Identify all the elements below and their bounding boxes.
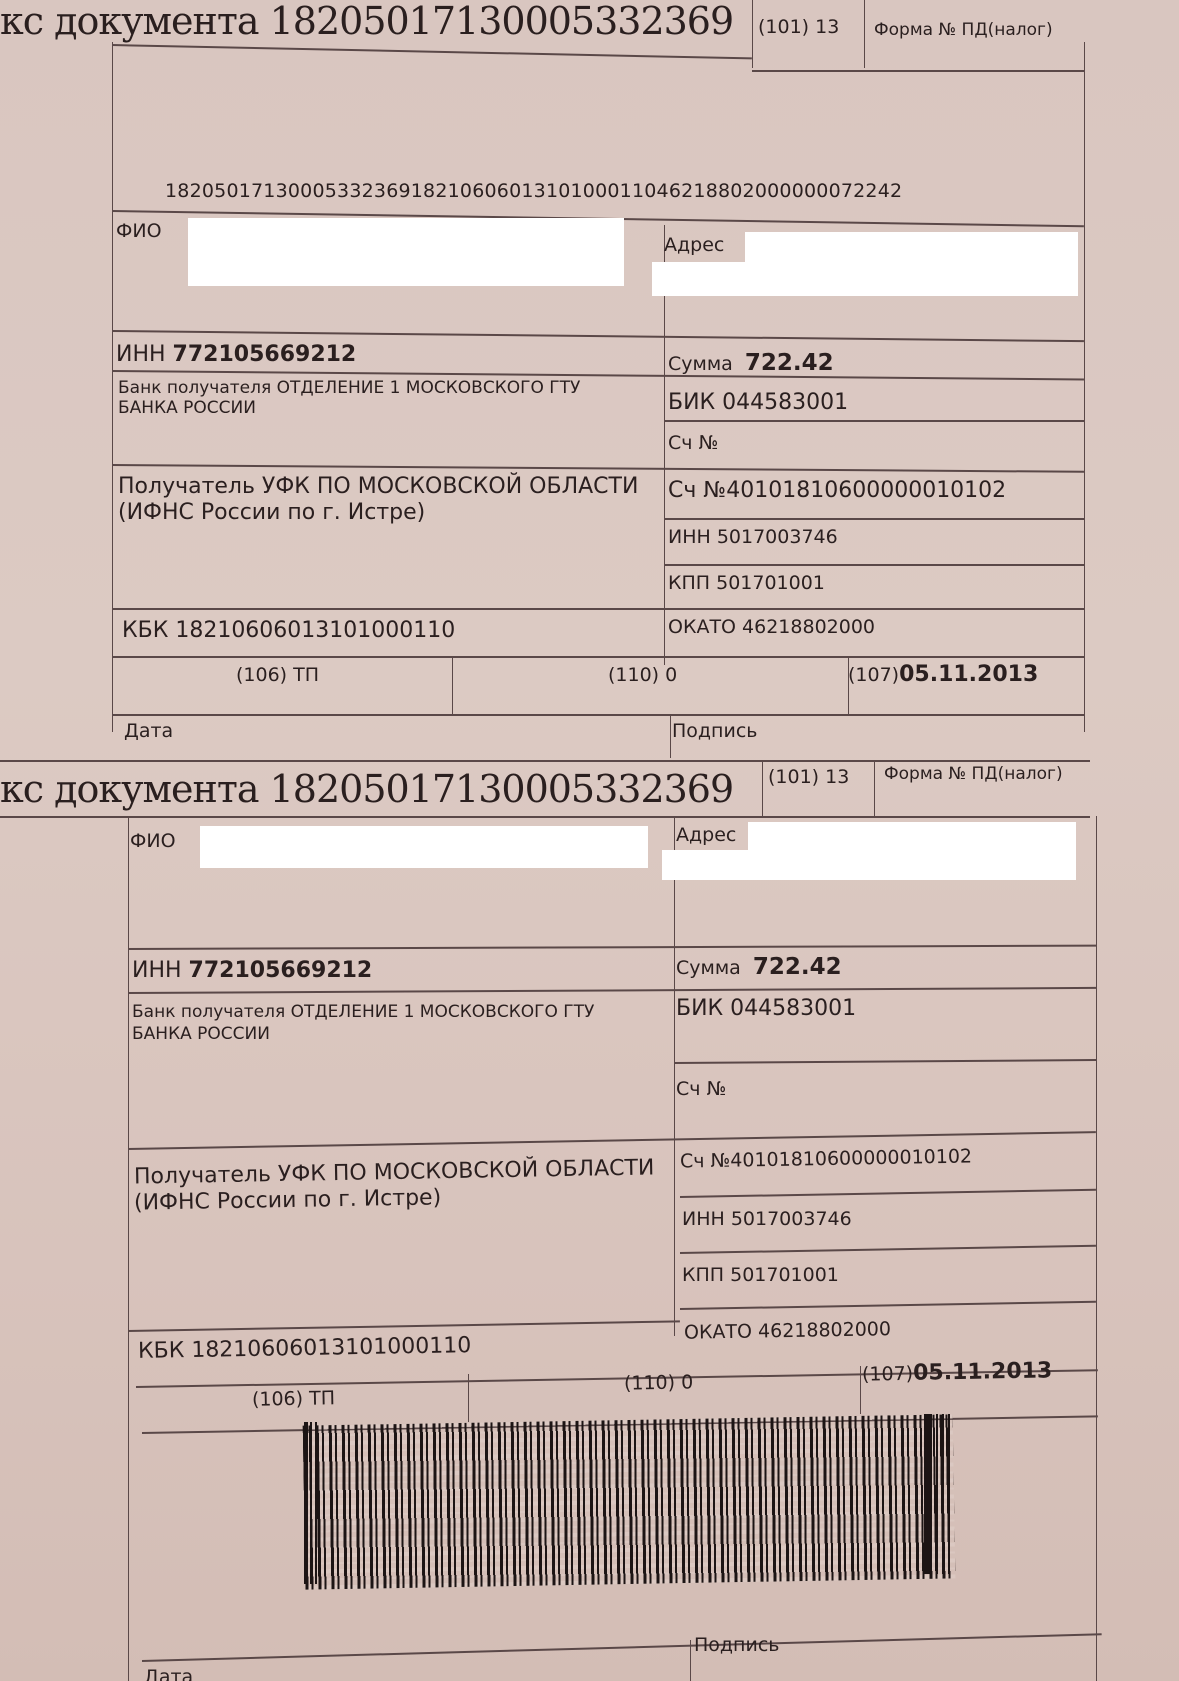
kbk: КБК 18210606013101000110	[122, 620, 455, 642]
address-label: Адрес	[664, 236, 724, 255]
recipient-inn: ИНН 5017003746	[682, 1210, 852, 1229]
field-110: (110) 0	[624, 1373, 694, 1393]
pdf417-barcode	[303, 1414, 956, 1589]
recipient-line2: (ИФНС России по г. Истре)	[134, 1187, 442, 1214]
field-101: (101) 13	[768, 768, 849, 787]
date-label: Дата	[144, 1668, 193, 1681]
recipient-account: Сч №40101810600000010102	[680, 1147, 972, 1171]
inn-value: 772105669212	[189, 958, 373, 983]
sum-label: Сумма	[668, 353, 733, 375]
recipient: Получатель УФК ПО МОСКОВСКОЙ ОБЛАСТИ	[118, 476, 638, 498]
field-106: (106) ТП	[236, 666, 319, 685]
bik: БИК 044583001	[676, 998, 856, 1020]
sum-value: 722.42	[745, 350, 834, 376]
field-107: (107)05.11.2013	[862, 1360, 1053, 1385]
linear-barcode	[155, 58, 1040, 188]
recipient-line2: (ИФНС России по г. Истре)	[118, 502, 425, 524]
payer-inn: ИНН 772105669212	[132, 960, 372, 982]
field-106: (106) ТП	[252, 1389, 335, 1409]
kpp: КПП 501701001	[668, 574, 825, 593]
pdf417-stop-pattern	[924, 1414, 952, 1574]
sum-value: 722.42	[753, 954, 842, 980]
okato: ОКАТО 46218802000	[668, 618, 875, 637]
form-label: Форма № ПД(налог)	[884, 766, 1063, 783]
document-index: кс документа 18205017130005332369	[0, 770, 733, 808]
form-label: Форма № ПД(налог)	[874, 22, 1053, 39]
pdf417-start-pattern	[304, 1422, 320, 1584]
field-107-label: (107)	[848, 664, 899, 686]
bank-name: Банк получателя ОТДЕЛЕНИЕ 1 МОСКОВСКОГО …	[132, 1004, 594, 1021]
redacted-fio	[200, 826, 648, 868]
account-no-label: Сч №	[668, 434, 718, 453]
kpp: КПП 501701001	[682, 1266, 839, 1285]
recipient: Получатель УФК ПО МОСКОВСКОЙ ОБЛАСТИ	[134, 1157, 655, 1188]
bik: БИК 044583001	[668, 392, 848, 414]
redacted-fio	[188, 218, 624, 286]
inn-value: 772105669212	[173, 342, 357, 367]
field-107-date: 05.11.2013	[899, 662, 1038, 687]
inn-label: ИНН	[132, 958, 182, 983]
sum: Сумма 722.42	[676, 956, 842, 979]
recipient-inn: ИНН 5017003746	[668, 528, 838, 547]
recipient-account: Сч №40101810600000010102	[668, 480, 1006, 502]
fio-label: ФИО	[116, 222, 162, 241]
inn-label: ИНН	[116, 342, 166, 367]
signature-label: Подпись	[672, 722, 757, 741]
account-no-label: Сч №	[676, 1080, 726, 1099]
redacted-address-extra	[652, 262, 752, 296]
payer-inn: ИНН 772105669212	[116, 344, 356, 366]
redacted-address	[745, 232, 1078, 296]
field-107-date: 05.11.2013	[913, 1358, 1053, 1385]
field-107: (107)05.11.2013	[848, 664, 1038, 686]
sum: Сумма 722.42	[668, 352, 834, 375]
field-101: (101) 13	[758, 18, 839, 37]
signature-label: Подпись	[694, 1636, 779, 1655]
redacted-address	[748, 822, 1076, 880]
date-label: Дата	[124, 722, 173, 741]
bank-name-line2: БАНКА РОССИИ	[118, 400, 256, 417]
barcode-digits: 1820501713000533236918210606013101000110…	[165, 182, 902, 201]
bank-name-line2: БАНКА РОССИИ	[132, 1026, 270, 1043]
bank-name: Банк получателя ОТДЕЛЕНИЕ 1 МОСКОВСКОГО …	[118, 380, 580, 397]
field-107-label: (107)	[862, 1363, 913, 1386]
redacted-address-extra	[662, 850, 762, 880]
sum-label: Сумма	[676, 957, 741, 979]
okato: ОКАТО 46218802000	[684, 1320, 891, 1343]
fio-label: ФИО	[130, 832, 176, 851]
document-index: кс документа 18205017130005332369	[0, 2, 733, 40]
field-110: (110) 0	[608, 666, 677, 685]
address-label: Адрес	[676, 826, 736, 845]
kbk: КБК 18210606013101000110	[138, 1335, 472, 1363]
